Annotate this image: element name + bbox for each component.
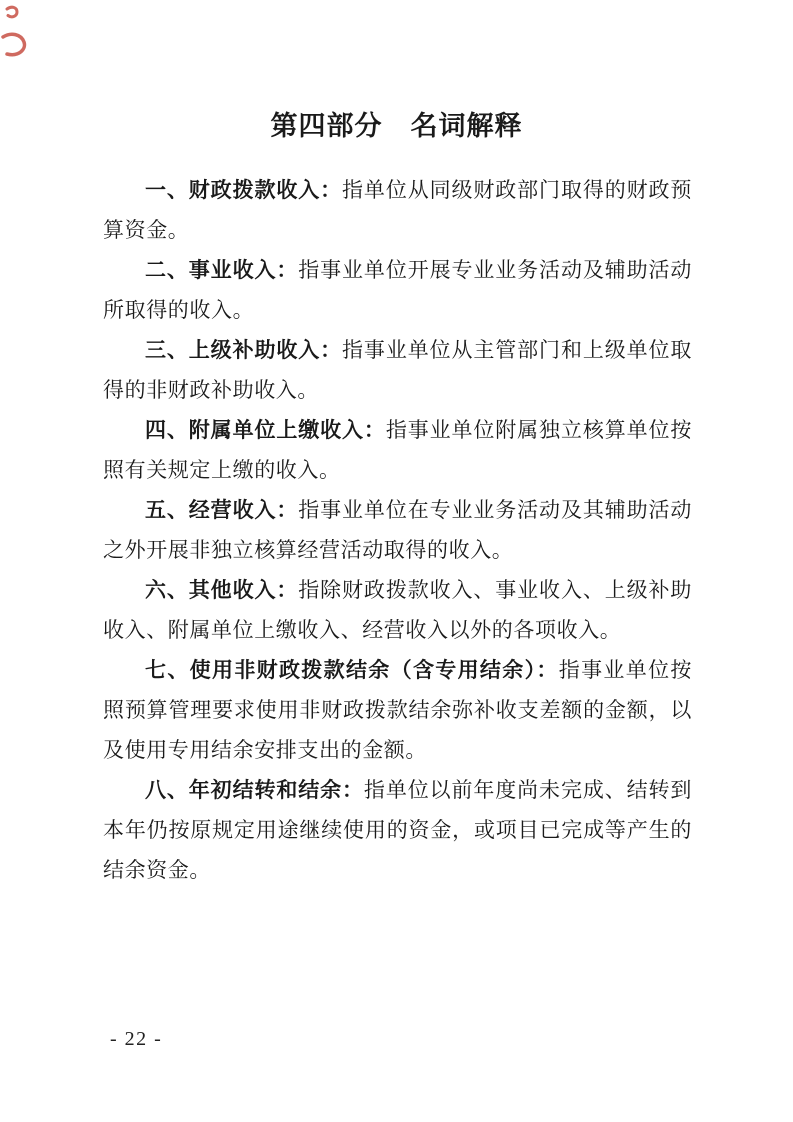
definition-item: 四、附属单位上缴收入：指事业单位附属独立核算单位按照有关规定上缴的收入。 — [103, 410, 692, 490]
definition-term: 六、其他收入： — [145, 578, 298, 602]
page-number: - 22 - — [110, 1028, 162, 1051]
definition-term: 二、事业收入： — [145, 258, 298, 282]
red-stamp-mark-icon — [0, 2, 32, 64]
definition-term: 四、附属单位上缴收入： — [145, 418, 386, 442]
definition-term: 五、经营收入： — [145, 498, 298, 522]
definition-item: 七、使用非财政拨款结余（含专用结余）：指事业单位按照预算管理要求使用非财政拨款结… — [103, 650, 692, 770]
definition-item: 六、其他收入：指除财政拨款收入、事业收入、上级补助收入、附属单位上缴收入、经营收… — [103, 570, 692, 650]
definition-item: 二、事业收入：指事业单位开展专业业务活动及辅助活动所取得的收入。 — [103, 250, 692, 330]
definition-term: 八、年初结转和结余： — [145, 778, 364, 802]
definitions-list: 一、财政拨款收入：指单位从同级财政部门取得的财政预算资金。 二、事业收入：指事业… — [103, 170, 692, 890]
document-page: 第四部分 名词解释 一、财政拨款收入：指单位从同级财政部门取得的财政预算资金。 … — [0, 0, 793, 1122]
definition-term: 一、财政拨款收入： — [145, 178, 342, 202]
definition-term: 七、使用非财政拨款结余（含专用结余）： — [145, 658, 559, 682]
page-title: 第四部分 名词解释 — [0, 103, 793, 150]
definition-item: 三、上级补助收入：指事业单位从主管部门和上级单位取得的非财政补助收入。 — [103, 330, 692, 410]
definition-item: 五、经营收入：指事业单位在专业业务活动及其辅助活动之外开展非独立核算经营活动取得… — [103, 490, 692, 570]
definition-term: 三、上级补助收入： — [145, 338, 342, 362]
definition-item: 一、财政拨款收入：指单位从同级财政部门取得的财政预算资金。 — [103, 170, 692, 250]
definition-item: 八、年初结转和结余：指单位以前年度尚未完成、结转到本年仍按原规定用途继续使用的资… — [103, 770, 692, 890]
